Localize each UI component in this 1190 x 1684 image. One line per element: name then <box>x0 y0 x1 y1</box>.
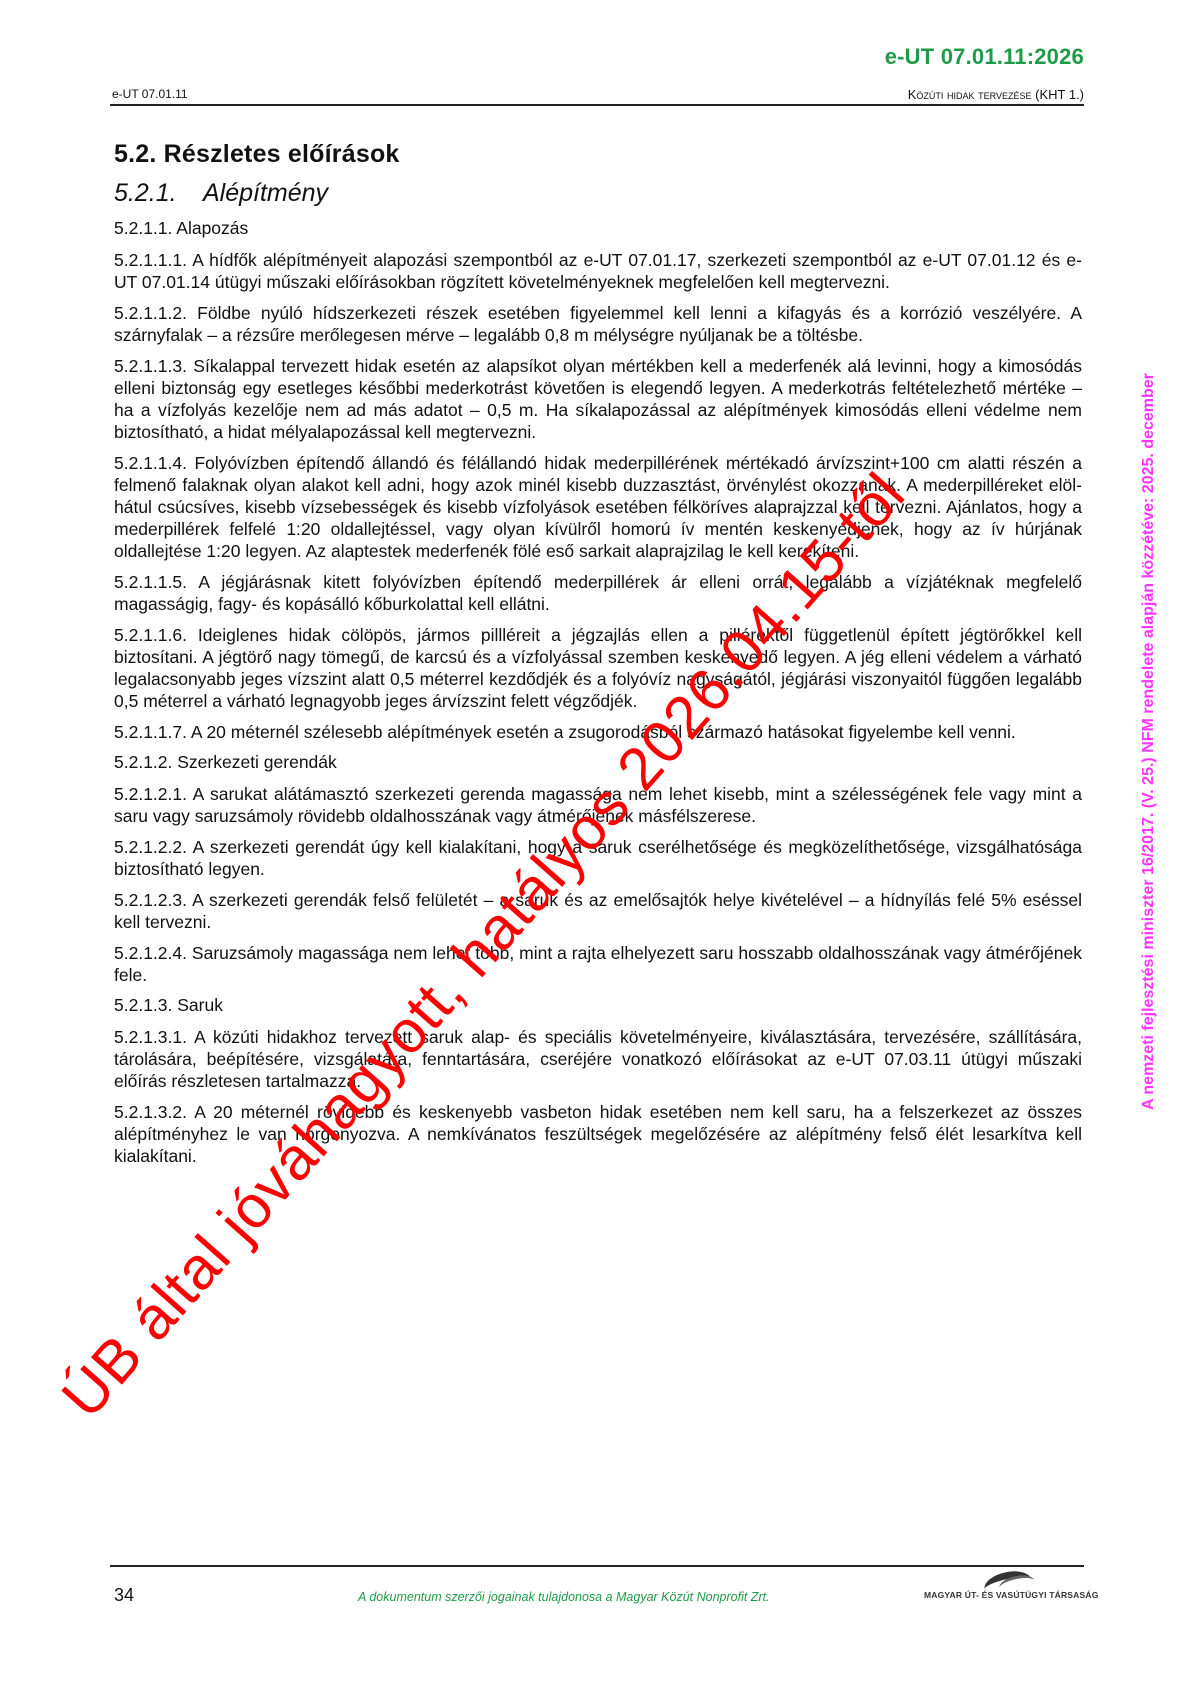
paragraph: 5.2.1.3.1. A közúti hidakhoz tervezett s… <box>114 1026 1082 1092</box>
section-title: 5.2. Részletes előírások <box>114 140 1082 169</box>
header-doc-title: Közúti hidak tervezése (KHT 1.) <box>908 87 1084 102</box>
paragraph: 5.2.1.1.5. A jégjárásnak kitett folyóvíz… <box>114 571 1082 615</box>
copyright-notice: A dokumentum szerzői jogainak tulajdonos… <box>358 1590 770 1604</box>
publication-side-note: A nemzeti fejlesztési miniszter 16/2017.… <box>1140 373 1158 1110</box>
running-header: e-UT 07.01.11 Közúti hidak tervezése (KH… <box>110 84 1084 106</box>
subsection-heading: 5.2.1.1. Alapozás <box>114 218 1082 239</box>
body-blocks: 5.2.1.1. Alapozás5.2.1.1.1. A hídfők alé… <box>114 218 1082 1167</box>
paragraph: 5.2.1.1.2. Földbe nyúló hídszerkezeti ré… <box>114 302 1082 346</box>
paragraph: 5.2.1.1.1. A hídfők alépítményeit alapoz… <box>114 249 1082 293</box>
subsection-heading: 5.2.1.3. Saruk <box>114 995 1082 1016</box>
footer-divider <box>110 1565 1084 1567</box>
page-number: 34 <box>114 1585 134 1606</box>
header-doc-code: e-UT 07.01.11 <box>112 87 188 101</box>
publisher-logo: MAGYAR ÚT- ÉS VASÚTÜGYI TÁRSASÁG <box>924 1572 1084 1612</box>
paragraph: 5.2.1.1.7. A 20 méternél szélesebb alépí… <box>114 721 1082 743</box>
paragraph: 5.2.1.2.4. Saruzsámoly magassága nem leh… <box>114 942 1082 986</box>
page-content: 5.2. Részletes előírások 5.2.1.Alépítmén… <box>114 140 1082 1176</box>
paragraph: 5.2.1.2.3. A szerkezeti gerendák felső f… <box>114 889 1082 933</box>
document-id-top: e-UT 07.01.11:2026 <box>885 44 1084 70</box>
paragraph: 5.2.1.1.6. Ideiglenes hidak cölöpös, jár… <box>114 624 1082 712</box>
subsection-label: Alépítmény <box>203 179 328 207</box>
paragraph: 5.2.1.1.4. Folyóvízben építendő állandó … <box>114 452 1082 562</box>
subsection-number: 5.2.1. <box>114 179 203 208</box>
logo-text: MAGYAR ÚT- ÉS VASÚTÜGYI TÁRSASÁG <box>924 1590 1099 1600</box>
subsection-title: 5.2.1.Alépítmény <box>114 179 1082 208</box>
paragraph: 5.2.1.1.3. Síkalappal tervezett hidak es… <box>114 355 1082 443</box>
